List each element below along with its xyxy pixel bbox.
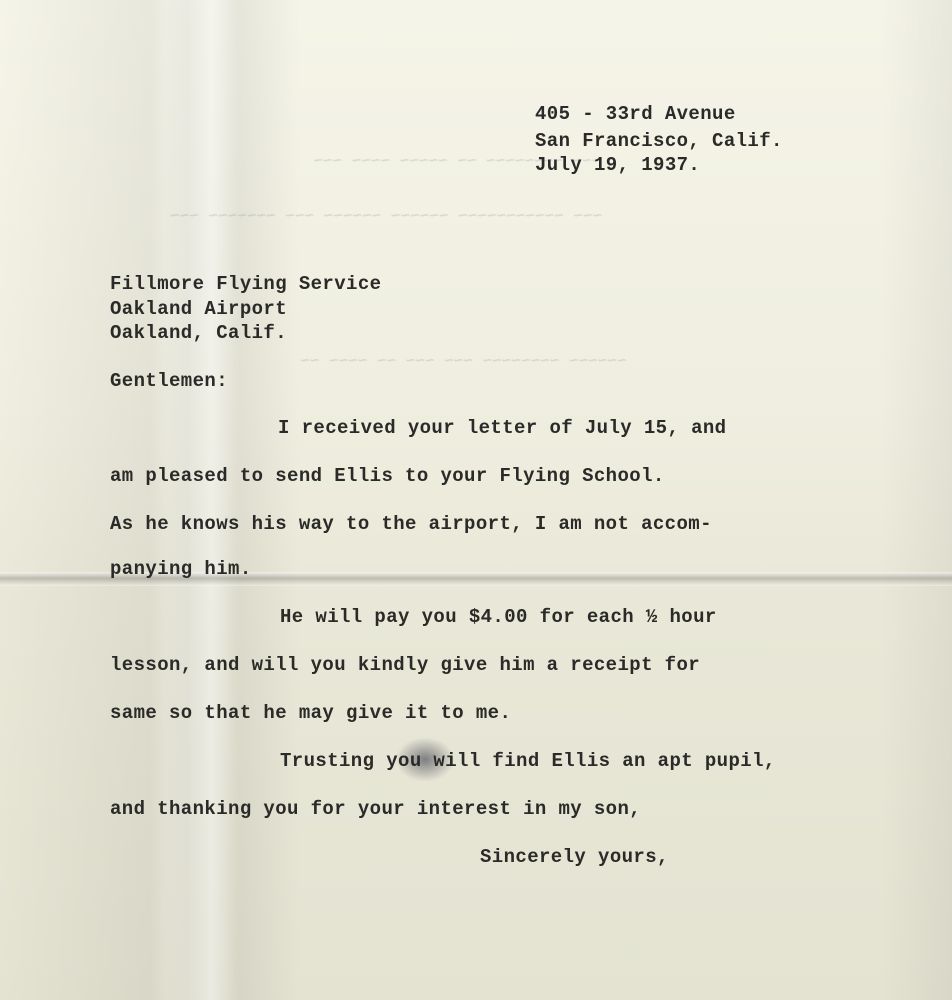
body-line: same so that he may give it to me. bbox=[110, 702, 511, 724]
bleed-through-text: ~~~ ~~~~ ~~~~~ ~~ ~~~~~~~~ ~~~ bbox=[150, 150, 601, 168]
bleed-through-text: ~~ ~~~~ ~~ ~~~ ~~~ ~~~~~~~~ ~~~~~~ bbox=[300, 350, 626, 368]
bleed-through-text: ~~~ ~~~~~~~ ~~~ ~~~~~~ ~~~~~~ ~~~~~~~~~~… bbox=[170, 205, 602, 223]
salutation: Gentlemen: bbox=[110, 370, 228, 392]
body-line: panying him. bbox=[110, 558, 252, 580]
body-line: He will pay you $4.00 for each ½ hour bbox=[280, 606, 717, 628]
body-line: Trusting you will find Ellis an apt pupi… bbox=[280, 750, 776, 772]
closing: Sincerely yours, bbox=[480, 846, 669, 868]
sender-address-line1: 405 - 33rd Avenue bbox=[535, 103, 736, 125]
body-line: am pleased to send Ellis to your Flying … bbox=[110, 465, 665, 487]
body-line: lesson, and will you kindly give him a r… bbox=[110, 654, 700, 676]
letter-date: July 19, 1937. bbox=[535, 154, 700, 176]
body-line: and thanking you for your interest in my… bbox=[110, 798, 641, 820]
letter-page: ~~~ ~~~~ ~~~~~ ~~ ~~~~~~~~ ~~~ ~~~ ~~~~~… bbox=[0, 0, 952, 1000]
recipient-address-line3: Oakland, Calif. bbox=[110, 322, 287, 344]
body-line: As he knows his way to the airport, I am… bbox=[110, 513, 712, 535]
body-line: I received your letter of July 15, and bbox=[278, 417, 726, 439]
recipient-address-line2: Oakland Airport bbox=[110, 298, 287, 320]
sender-address-line2: San Francisco, Calif. bbox=[535, 130, 783, 152]
recipient-name: Fillmore Flying Service bbox=[110, 273, 381, 295]
